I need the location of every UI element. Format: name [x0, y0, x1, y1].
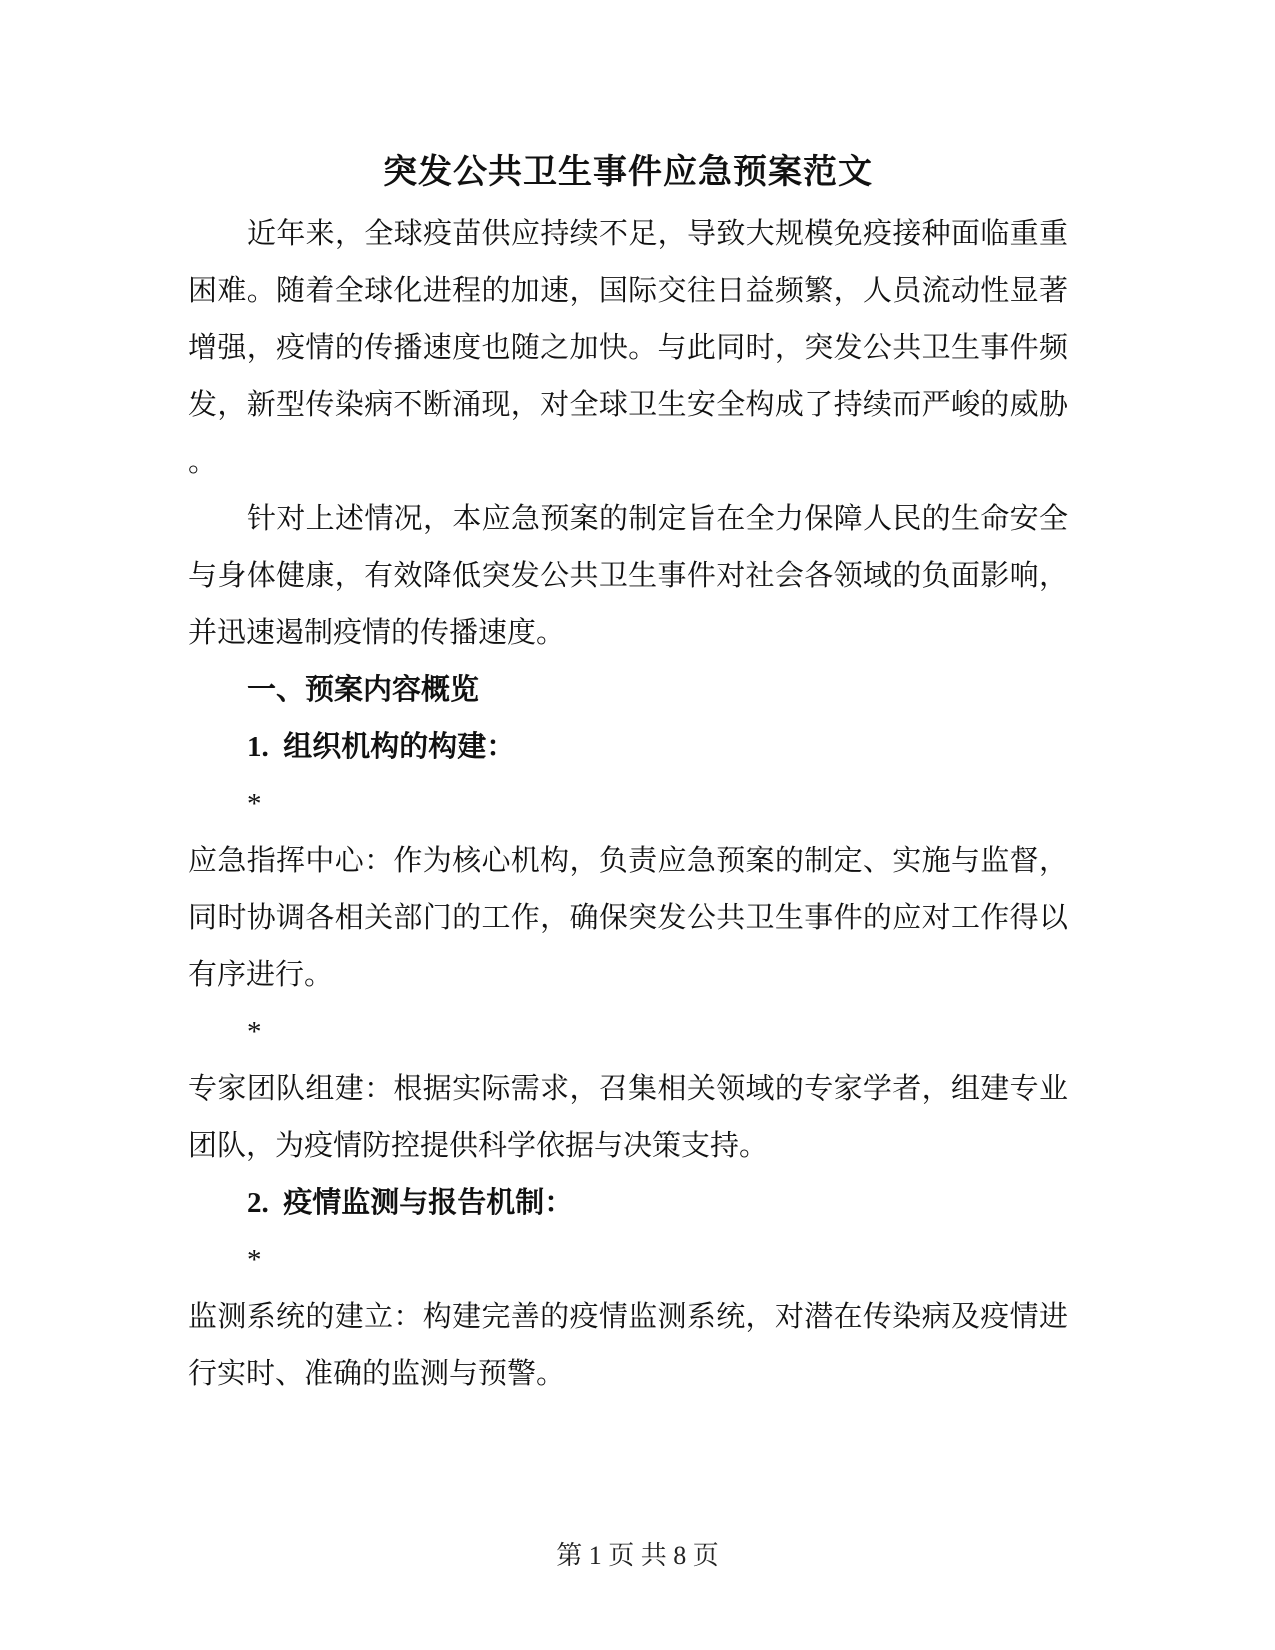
- text-line: 应急指挥中心：作为核心机构，负责应急预案的制定、实施与监督，: [188, 833, 1068, 890]
- text-line: 团队，为疫情防控提供科学依据与决策支持。: [188, 1118, 1068, 1175]
- text-line: 困难。随着全球化进程的加速，国际交往日益频繁，人员流动性显著: [188, 263, 1068, 320]
- text-line: 同时协调各相关部门的工作，确保突发公共卫生事件的应对工作得以: [188, 890, 1068, 947]
- text-line: 增强，疫情的传播速度也随之加快。与此同时，突发公共卫生事件频: [188, 320, 1068, 377]
- text-line: 并迅速遏制疫情的传播速度。: [188, 605, 1068, 662]
- text-line: *: [188, 776, 1068, 833]
- text-line: 行实时、准确的监测与预警。: [188, 1346, 1068, 1403]
- text-line: *: [188, 1004, 1068, 1061]
- text-line: 。: [188, 434, 1068, 491]
- text-line: 2. 疫情监测与报告机制：: [188, 1175, 1068, 1232]
- text-line: 针对上述情况，本应急预案的制定旨在全力保障人民的生命安全: [188, 491, 1068, 548]
- text-line: *: [188, 1232, 1068, 1289]
- text-line: 专家团队组建：根据实际需求，召集相关领域的专家学者，组建专业: [188, 1061, 1068, 1118]
- text-line: 有序进行。: [188, 947, 1068, 1004]
- text-line: 1. 组织机构的构建：: [188, 719, 1068, 776]
- document-title: 突发公共卫生事件应急预案范文: [188, 140, 1068, 206]
- document-page: 突发公共卫生事件应急预案范文 近年来，全球疫苗供应持续不足，导致大规模免疫接种面…: [0, 0, 1275, 1650]
- text-line: 监测系统的建立：构建完善的疫情监测系统，对潜在传染病及疫情进: [188, 1289, 1068, 1346]
- text-line: 发，新型传染病不断涌现，对全球卫生安全构成了持续而严峻的威胁: [188, 377, 1068, 434]
- text-line: 一、预案内容概览: [188, 662, 1068, 719]
- text-line: 近年来，全球疫苗供应持续不足，导致大规模免疫接种面临重重: [188, 206, 1068, 263]
- text-line: 与身体健康，有效降低突发公共卫生事件对社会各领域的负面影响，: [188, 548, 1068, 605]
- page-footer: 第 1 页 共 8 页: [0, 1536, 1275, 1576]
- document-content: 突发公共卫生事件应急预案范文 近年来，全球疫苗供应持续不足，导致大规模免疫接种面…: [188, 140, 1068, 1403]
- document-body: 近年来，全球疫苗供应持续不足，导致大规模免疫接种面临重重困难。随着全球化进程的加…: [188, 206, 1068, 1403]
